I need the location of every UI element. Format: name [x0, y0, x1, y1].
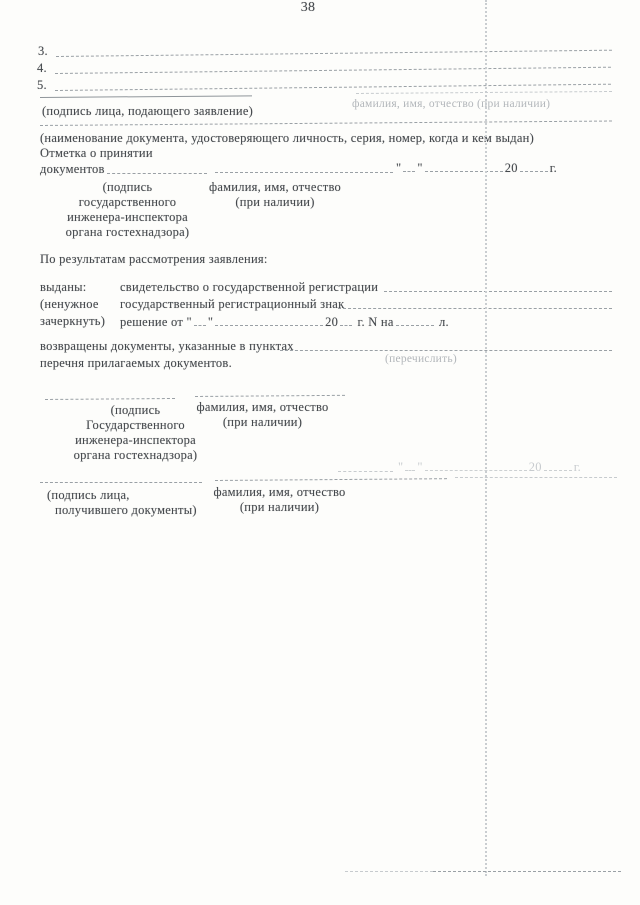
- faint-date-lead-line: [338, 471, 393, 472]
- inspector-fio-caption: фамилия, имя, отчество (при наличии): [190, 400, 335, 430]
- caption-line: (подпись: [55, 180, 200, 195]
- acceptance-note-label-1: Отметка о принятии: [40, 146, 153, 161]
- issued-label: выданы:: [40, 280, 87, 295]
- returned-documents-text-2: перечня прилагаемых документов.: [40, 356, 232, 371]
- acceptance-doc-blank-1: [107, 173, 207, 174]
- strike-note-2: зачеркнуть): [40, 314, 105, 329]
- blank-field: [425, 160, 503, 172]
- blank-field: [403, 160, 415, 172]
- quote-mark: ": [417, 460, 422, 474]
- page-number: 38: [0, 0, 616, 15]
- blank-line-5: [55, 84, 611, 91]
- blank-field: [340, 314, 352, 326]
- returned-documents-blank: [280, 350, 612, 351]
- caption-line: органа гостехнадзора): [55, 225, 200, 240]
- blank-field: [396, 314, 434, 326]
- year-suffix: г.: [574, 460, 581, 474]
- caption-line: инженера-инспектора: [55, 210, 200, 225]
- caption-line: фамилия, имя, отчество: [207, 485, 352, 500]
- blank-field: [194, 314, 206, 326]
- quote-mark: ": [208, 315, 213, 329]
- inspector-sign-line: [45, 398, 175, 400]
- receiver-fio-caption: фамилия, имя, отчество (при наличии): [207, 485, 352, 515]
- acceptance-fio-caption: фамилия, имя, отчество (при наличии): [200, 180, 350, 210]
- issued-row-3: решение от ""20 г. N на л.: [120, 314, 449, 330]
- bottom-crease-dots-faint: [345, 871, 433, 872]
- returned-documents-text: возвращены документы, указанные в пункта…: [40, 339, 294, 354]
- year-suffix: г.: [550, 161, 557, 175]
- caption-line: (при наличии): [207, 500, 352, 515]
- caption-line: (подпись лица,: [45, 488, 220, 503]
- faint-date-field: ""20г.: [398, 459, 581, 475]
- vertical-crease-line: [485, 0, 487, 876]
- caption-line: инженера-инспектора: [58, 433, 213, 448]
- quote-mark: ": [396, 161, 401, 175]
- quote-mark: ": [417, 161, 422, 175]
- list-item-3-label: 3.: [38, 44, 48, 59]
- year-prefix: 20: [325, 315, 338, 329]
- caption-line: фамилия, имя, отчество: [200, 180, 350, 195]
- issued-row-1-blank: [384, 291, 612, 292]
- inspector-fio-line: [195, 395, 345, 397]
- acceptance-date-field: ""20г.: [396, 160, 557, 176]
- applicant-signature-line: [40, 95, 252, 98]
- year-prefix: 20: [529, 460, 542, 474]
- blank-line-3: [56, 50, 612, 57]
- list-item-5-label: 5.: [37, 78, 47, 93]
- applicant-signature-caption: (подпись лица, подающего заявление): [42, 104, 253, 119]
- identity-doc-caption: (наименование документа, удостоверяющего…: [40, 131, 534, 146]
- quote-mark: ": [186, 315, 191, 329]
- blank-line-4: [55, 67, 611, 74]
- receiver-fio-line: [215, 478, 447, 481]
- issued-row-2-blank: [338, 308, 612, 309]
- decision-label: решение от: [120, 315, 183, 329]
- blank-field: [425, 459, 527, 471]
- year-prefix: 20: [505, 161, 518, 175]
- blank-field: [215, 314, 323, 326]
- strike-note-1: (ненужное: [40, 297, 99, 312]
- acceptance-sign-caption: (подпись государственного инженера-инспе…: [55, 180, 200, 240]
- bottom-crease-dots: [433, 871, 621, 872]
- blank-field: [520, 160, 548, 172]
- caption-line: (при наличии): [200, 195, 350, 210]
- sheets-label: л.: [439, 315, 449, 329]
- identity-doc-line: [40, 121, 612, 126]
- receiver-sign-line: [40, 482, 202, 483]
- applicant-fio-line: [356, 91, 612, 94]
- list-item-4-label: 4.: [37, 61, 47, 76]
- scanned-form-page: 38 3. 4. 5. фамилия, имя, отчество (при …: [0, 0, 640, 905]
- results-heading: По результатам рассмотрения заявления:: [40, 252, 268, 267]
- blank-field: [544, 459, 572, 471]
- issued-row-1: свидетельство о государственной регистра…: [120, 280, 378, 295]
- issued-row-2: государственный регистрационный знак: [120, 297, 344, 312]
- applicant-fio-caption: фамилия, имя, отчество (при наличии): [352, 97, 550, 112]
- quote-mark: ": [398, 460, 403, 474]
- caption-line: получившего документы): [45, 503, 220, 518]
- acceptance-doc-blank-2: [215, 172, 393, 173]
- caption-line: фамилия, имя, отчество: [190, 400, 335, 415]
- caption-line: (при наличии): [190, 415, 335, 430]
- blank-field: [405, 459, 415, 471]
- receiver-sign-caption: (подпись лица, получившего документы): [40, 488, 220, 518]
- decision-number-label: г. N на: [358, 315, 394, 329]
- acceptance-note-label-2: документов: [40, 162, 105, 177]
- caption-line: органа гостехнадзора): [58, 448, 213, 463]
- list-hint: (перечислить): [385, 352, 457, 367]
- receiver-fio-line-faint: [455, 477, 617, 478]
- caption-line: государственного: [55, 195, 200, 210]
